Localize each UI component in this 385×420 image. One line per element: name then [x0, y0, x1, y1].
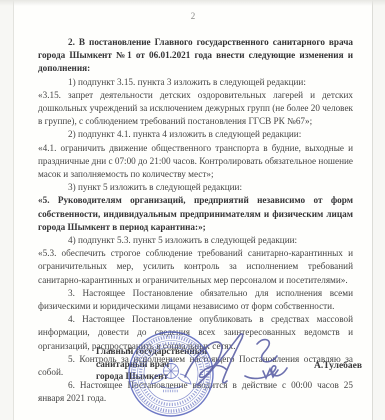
- doc-paragraph: «5. Руководителям организаций, предприят…: [38, 194, 353, 234]
- doc-paragraph: «4.1. ограничить движение общественного …: [38, 142, 353, 182]
- scanned-document: 2 2. В постановление Главного государств…: [0, 0, 385, 420]
- handwritten-signature-icon: [179, 331, 305, 393]
- doc-paragraph: 2) подпункт 4.1. пункта 4 изложить в сле…: [38, 128, 353, 141]
- doc-paragraph: 3) пункт 5 изложить в следующей редакции…: [38, 181, 353, 194]
- doc-paragraph: 1) подпункт 3.15. пункта 3 изложить в сл…: [38, 76, 353, 89]
- signatory-name: А.Тулебаев: [314, 361, 362, 371]
- doc-paragraph: 3. Настоящее Постановление обязательно д…: [38, 287, 353, 313]
- doc-paragraph: 2. В постановление Главного государствен…: [38, 36, 353, 76]
- doc-paragraph: 4) подпункт 5.3. пункт 5 изложить в след…: [38, 234, 353, 247]
- document-page: 2 2. В постановление Главного государств…: [13, 0, 373, 420]
- doc-paragraph: «3.15. запрет деятельности детских оздор…: [38, 89, 353, 129]
- page-number: 2: [14, 11, 372, 21]
- doc-paragraph: «5.3. обеспечить строгое соблюдение треб…: [38, 247, 353, 287]
